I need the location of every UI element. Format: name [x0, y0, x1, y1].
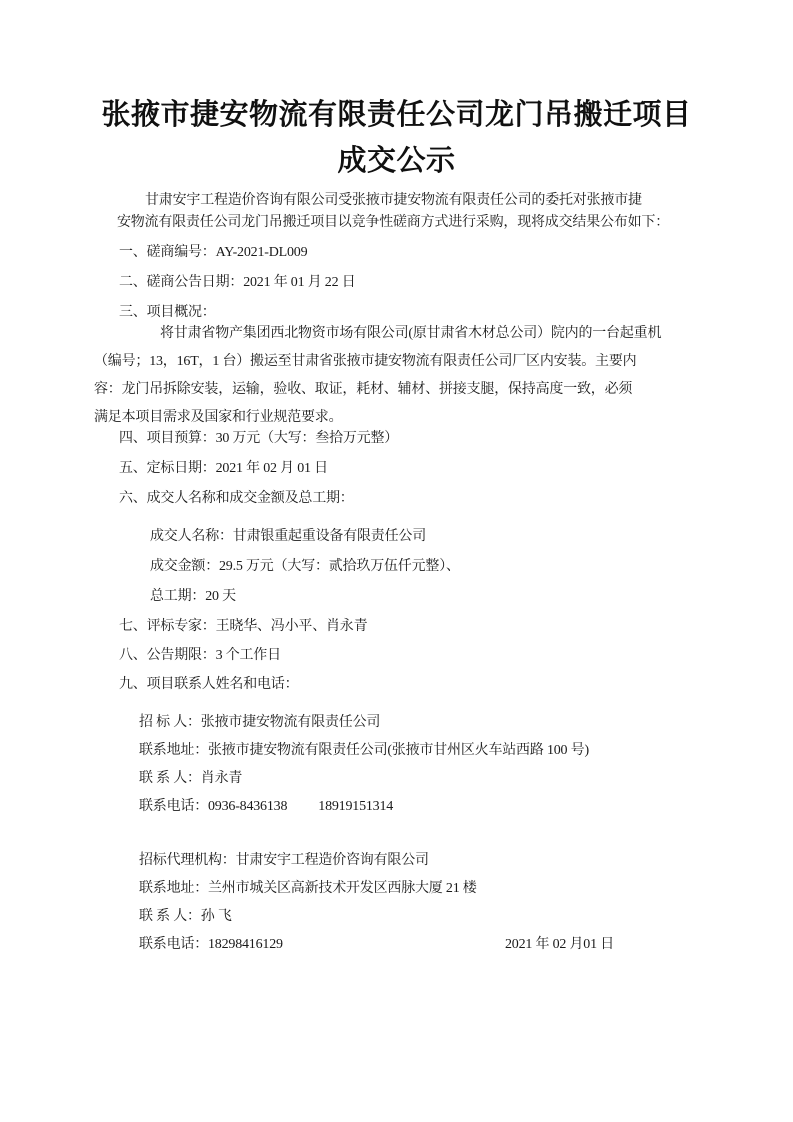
intro-line: 安物流有限责任公司龙门吊搬迁项目以竞争性磋商方式进行采购，现将成交结果公布如下：: [117, 212, 640, 234]
tenderer-name: 招 标 人：张掖市捷安物流有限责任公司: [94, 709, 640, 737]
tenderer-contact-block: 招 标 人：张掖市捷安物流有限责任公司 联系地址：张掖市捷安物流有限责任公司(张…: [94, 709, 640, 821]
tenderer-contact-person: 联 系 人：肖永青: [94, 765, 640, 793]
item-notice-period: 八、公告期限：3 个工作日: [94, 641, 640, 670]
signature-date: 2021 年 02 月01 日: [505, 931, 614, 959]
tenderer-phone-2: 18919151314: [318, 793, 393, 821]
overview-line: 容：龙门吊拆除安装，运输，验收、取证，耗材、辅材、拼接支腿，保持高度一致，必须: [94, 376, 640, 404]
document-body: 甘肃安宇工程造价咨询有限公司受张掖市捷安物流有限责任公司的委托对张掖市捷 安物流…: [94, 190, 640, 959]
winner-duration: 总工期：20 天: [94, 582, 640, 612]
winner-name: 成交人名称：甘肃银重起重设备有限责任公司: [94, 522, 640, 552]
item-award-date: 五、定标日期：2021 年 02 月 01 日: [94, 454, 640, 484]
intro-paragraph: 甘肃安宇工程造价咨询有限公司受张掖市捷安物流有限责任公司的委托对张掖市捷 安物流…: [117, 190, 640, 234]
overview-line: 将甘肃省物产集团西北物资市场有限公司(原甘肃省木材总公司）院内的一台起重机: [94, 320, 640, 348]
agency-phone-row: 联系电话：18298416129 2021 年 02 月01 日: [94, 931, 640, 959]
tenderer-phone-1: 联系电话：0936-8436138: [139, 793, 287, 821]
overview-line: （编号；13，16T，1 台）搬运至甘肃省张掖市捷安物流有限责任公司厂区内安装。…: [94, 348, 640, 376]
tenderer-address: 联系地址：张掖市捷安物流有限责任公司(张掖市甘州区火车站西路 100 号): [94, 737, 640, 765]
document-page: 张掖市捷安物流有限责任公司龙门吊搬迁项目 成交公示 甘肃安宇工程造价咨询有限公司…: [0, 0, 793, 1122]
agency-address: 联系地址：兰州市城关区高新技术开发区西脉大厦 21 楼: [94, 875, 640, 903]
item-project-budget: 四、项目预算：30 万元（大写：叁拾万元整）: [94, 424, 640, 454]
items-group-3: 七、评标专家：王晓华、冯小平、肖永青 八、公告期限：3 个工作日 九、项目联系人…: [94, 612, 640, 699]
item-announcement-date: 二、磋商公告日期：2021 年 01 月 22 日: [94, 268, 640, 298]
tenderer-phone-row: 联系电话：0936-8436138 18919151314: [94, 793, 640, 821]
title-line-2: 成交公示: [0, 138, 793, 184]
items-group-1: 一、磋商编号：AY-2021-DL009 二、磋商公告日期：2021 年 01 …: [94, 238, 640, 328]
project-overview-paragraph: 将甘肃省物产集团西北物资市场有限公司(原甘肃省木材总公司）院内的一台起重机 （编…: [94, 320, 640, 432]
winner-details: 成交人名称：甘肃银重起重设备有限责任公司 成交金额：29.5 万元（大写：贰拾玖…: [94, 522, 640, 612]
title-line-1: 张掖市捷安物流有限责任公司龙门吊搬迁项目: [0, 92, 793, 138]
winner-amount: 成交金额：29.5 万元（大写：贰拾玖万伍仟元整）、: [94, 552, 640, 582]
item-negotiation-number: 一、磋商编号：AY-2021-DL009: [94, 238, 640, 268]
item-evaluation-experts: 七、评标专家：王晓华、冯小平、肖永青: [94, 612, 640, 641]
agency-name: 招标代理机构：甘肃安宇工程造价咨询有限公司: [94, 847, 640, 875]
agency-contact-person: 联 系 人：孙 飞: [94, 903, 640, 931]
items-group-2: 四、项目预算：30 万元（大写：叁拾万元整） 五、定标日期：2021 年 02 …: [94, 424, 640, 514]
agency-phone: 联系电话：18298416129: [139, 931, 283, 959]
page-title: 张掖市捷安物流有限责任公司龙门吊搬迁项目 成交公示: [0, 0, 793, 184]
item-winner-heading: 六、成交人名称和成交金额及总工期：: [94, 484, 640, 514]
intro-line: 甘肃安宇工程造价咨询有限公司受张掖市捷安物流有限责任公司的委托对张掖市捷: [117, 190, 640, 212]
item-contacts-heading: 九、项目联系人姓名和电话：: [94, 670, 640, 699]
agency-contact-block: 招标代理机构：甘肃安宇工程造价咨询有限公司 联系地址：兰州市城关区高新技术开发区…: [94, 847, 640, 959]
